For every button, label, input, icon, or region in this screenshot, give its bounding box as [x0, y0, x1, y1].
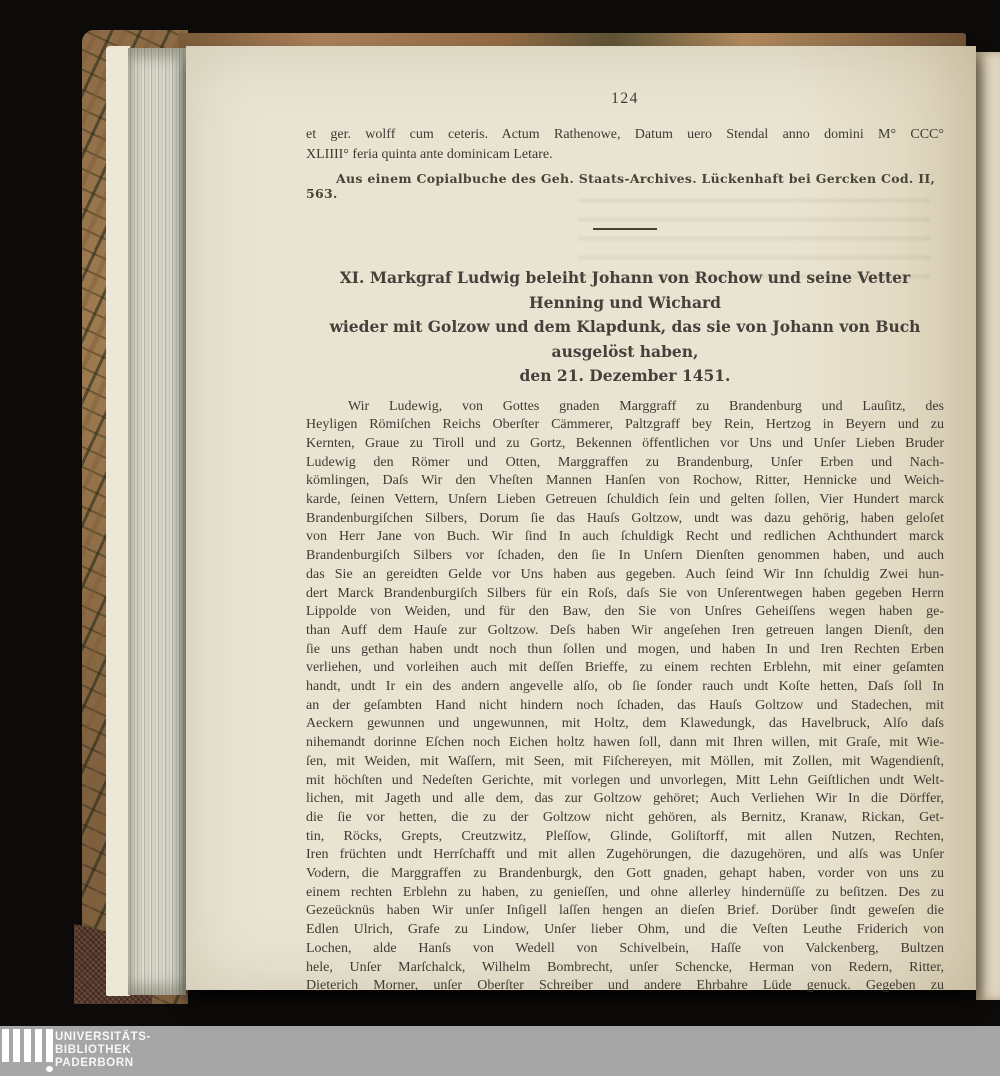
text-line: Brandenburgiſchen Silbers, Dorum ſie das… [306, 510, 944, 529]
text-line: karde, ſeinen Vettern, Unſern Lieben Get… [306, 491, 944, 510]
section-divider [593, 228, 657, 230]
scan-backdrop: 124 et ger. wolff cum ceteris. Actum Rat… [0, 0, 1000, 1076]
page-number: 124 [306, 90, 944, 108]
facing-page-edge [976, 52, 1000, 1000]
logo-bar-icon [35, 1029, 42, 1062]
page-stack-edge [128, 48, 186, 995]
text-line: Wir Ludewig, von Gottes gnaden Marggraff… [306, 398, 944, 417]
text-line: von Herr Jane von Buch. Wir ſind In auch… [306, 528, 944, 547]
text-line: den 21. Dezember 1451. [306, 364, 944, 389]
library-name-line: UNIVERSITÄTS- [55, 1031, 151, 1044]
text-line: Brandenburgiſch Silbers vor ſchaden, den… [306, 547, 944, 566]
text-line: Edlen Ulrich, Grafe zu Lindow, Unſer lie… [306, 921, 944, 940]
library-name: UNIVERSITÄTS- BIBLIOTHEK PADERBORN [55, 1031, 151, 1070]
logo-bar-icon [2, 1029, 9, 1062]
text-line: Lippolde von Weiden, und für den Baw, de… [306, 603, 944, 622]
logo-bar-icon [24, 1029, 31, 1062]
text-line: XI. Markgraf Ludwig beleiht Johann von R… [306, 266, 944, 315]
text-line: et ger. wolff cum ceteris. Actum Ratheno… [306, 125, 944, 145]
text-line: than Auff dem Hauſe zur Goltzow. Deſs ha… [306, 622, 944, 641]
text-line: dert Marck Brandenburgiſch Silbers für e… [306, 585, 944, 604]
text-line: das Sie an gereidten Gelde vor Uns haben… [306, 566, 944, 585]
text-line: kömlingen, Daſs Wir den Vheſten Mannen H… [306, 472, 944, 491]
ub-paderborn-logo-icon [2, 1029, 53, 1062]
text-line: XLIIII° feria quinta ante dominicam Leta… [306, 145, 944, 165]
library-brand-band: UNIVERSITÄTS- BIBLIOTHEK PADERBORN [0, 1026, 1000, 1076]
text-line: handt, undt Ir ein des andern angevelle … [306, 678, 944, 697]
library-name-line: PADERBORN [55, 1057, 151, 1070]
text-line: tin, Röcks, Grepts, Creutzwitz, Pleſſow,… [306, 828, 944, 847]
text-line: verliehen, und vorleihen auch mit deſſen… [306, 659, 944, 678]
printed-content: 124 et ger. wolff cum ceteris. Actum Rat… [306, 90, 944, 996]
logo-bar-icon [13, 1029, 20, 1062]
text-line: ſie uns gethan haben undt noch thun ſoll… [306, 641, 944, 660]
text-line: an der geſambten Hand nicht hindern noch… [306, 697, 944, 716]
text-line: Heyligen Römiſchen Reichs Oberſter Cämme… [306, 416, 944, 435]
text-line: ſen, mit Weiden, mit Waſſern, mit Seen, … [306, 753, 944, 772]
latin-dating-paragraph: et ger. wolff cum ceteris. Actum Ratheno… [306, 125, 944, 165]
text-line: Aeckern gewunnen und ungewunnen, mit Hol… [306, 715, 944, 734]
scanned-page: 124 et ger. wolff cum ceteris. Actum Rat… [186, 46, 976, 990]
text-line: lichen, mit Jageth und alle dem, das zur… [306, 790, 944, 809]
document-heading: XI. Markgraf Ludwig beleiht Johann von R… [306, 266, 944, 389]
endpaper-edge [106, 46, 130, 996]
text-line: nihemandt dorinne Eſchen noch Eichen hol… [306, 734, 944, 753]
text-line: Kernten, Graue zu Tiroll und zu Gortz, B… [306, 435, 944, 454]
text-line: Iren früchten undt Herrſchafft und mit a… [306, 846, 944, 865]
text-line: wieder mit Golzow und dem Klapdunk, das … [306, 315, 944, 364]
text-line: die ſie vor hetten, die zu der Goltzow n… [306, 809, 944, 828]
text-line: Gezeücknüs haben Wir unſer Inſigell laſſ… [306, 902, 944, 921]
source-note: Aus einem Copialbuche des Geh. Staats-Ar… [306, 171, 944, 201]
document-body: Wir Ludewig, von Gottes gnaden Marggraff… [306, 398, 944, 997]
text-line: Lochen, alde Hanſs von Wedell von Schive… [306, 940, 944, 959]
library-name-line: BIBLIOTHEK [55, 1044, 151, 1057]
text-line: Dieterich Morner, unſer Oberſter Schreib… [306, 977, 944, 996]
text-line: Ludewig den Römer und Otten, Marggraffen… [306, 454, 944, 473]
text-line: einem rechten Erblehn zu haben, zu genie… [306, 884, 944, 903]
text-line: hele, Unſer Marſchalck, Wilhelm Bombrech… [306, 959, 944, 978]
text-line: Vodern, die Marggraffen zu Brandenburgk,… [306, 865, 944, 884]
logo-exclamation-bar-icon [46, 1029, 53, 1062]
text-line: mit höchſten und Nedeſten Gerichte, mit … [306, 772, 944, 791]
